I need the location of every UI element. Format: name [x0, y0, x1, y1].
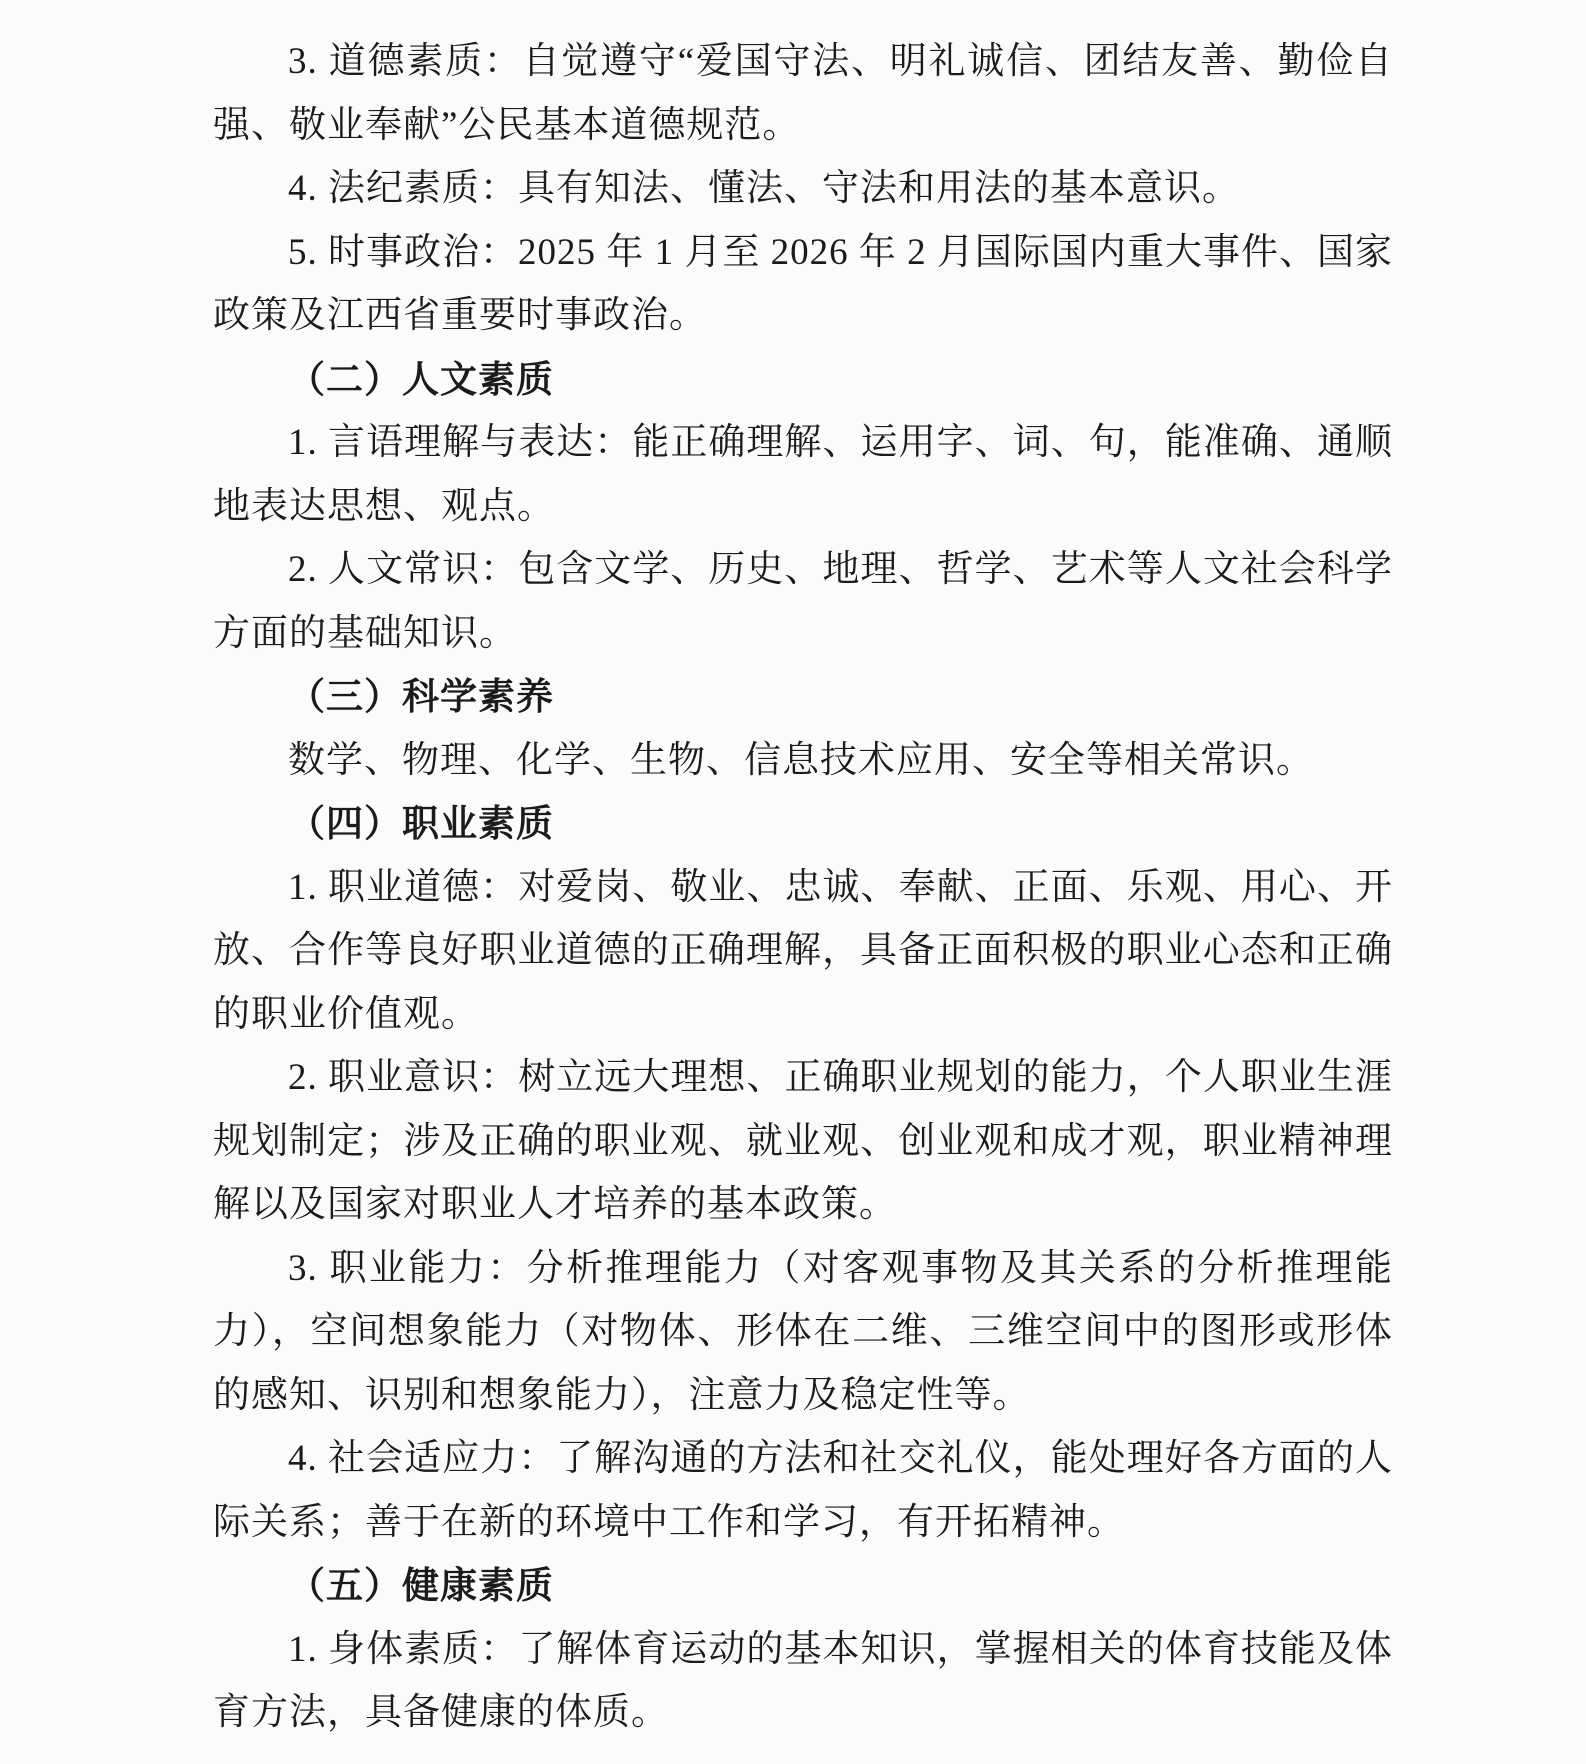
paragraph-vocational-ability: 3. 职业能力：分析推理能力（对客观事物及其关系的分析推理能力），空间想象能力（… [213, 1237, 1393, 1428]
paragraph-moral-quality: 3. 道德素质：自觉遵守“爱国守法、明礼诚信、团结友善、勤俭自强、敬业奉献”公民… [213, 30, 1393, 157]
paragraph-language-expression: 1. 言语理解与表达：能正确理解、运用字、词、句，能准确、通顺地表达思想、观点。 [213, 411, 1393, 538]
paragraph-humanities-knowledge: 2. 人文常识：包含文学、历史、地理、哲学、艺术等人文社会科学方面的基础知识。 [213, 538, 1393, 665]
section-heading-health: （五）健康素质 [213, 1554, 1393, 1618]
paragraph-current-affairs: 5. 时事政治：2025 年 1 月至 2026 年 2 月国际国内重大事件、国… [213, 221, 1393, 348]
section-heading-vocational: （四）职业素质 [213, 792, 1393, 856]
section-heading-humanities: （二）人文素质 [213, 348, 1393, 412]
section-heading-science: （三）科学素养 [213, 665, 1393, 729]
document-page: 3. 道德素质：自觉遵守“爱国守法、明礼诚信、团结友善、勤俭自强、敬业奉献”公民… [0, 0, 1586, 1764]
paragraph-social-adaptability: 4. 社会适应力：了解沟通的方法和社交礼仪，能处理好各方面的人际关系；善于在新的… [213, 1427, 1393, 1554]
paragraph-law-quality: 4. 法纪素质：具有知法、懂法、守法和用法的基本意识。 [213, 157, 1393, 221]
paragraph-professional-ethics: 1. 职业道德：对爱岗、敬业、忠诚、奉献、正面、乐观、用心、开放、合作等良好职业… [213, 856, 1393, 1047]
paragraph-science-knowledge: 数学、物理、化学、生物、信息技术应用、安全等相关常识。 [213, 729, 1393, 793]
document-text-block: 3. 道德素质：自觉遵守“爱国守法、明礼诚信、团结友善、勤俭自强、敬业奉献”公民… [213, 30, 1393, 1745]
paragraph-physical-quality: 1. 身体素质：了解体育运动的基本知识，掌握相关的体育技能及体育方法，具备健康的… [213, 1618, 1393, 1745]
paragraph-career-awareness: 2. 职业意识：树立远大理想、正确职业规划的能力，个人职业生涯规划制定；涉及正确… [213, 1046, 1393, 1237]
